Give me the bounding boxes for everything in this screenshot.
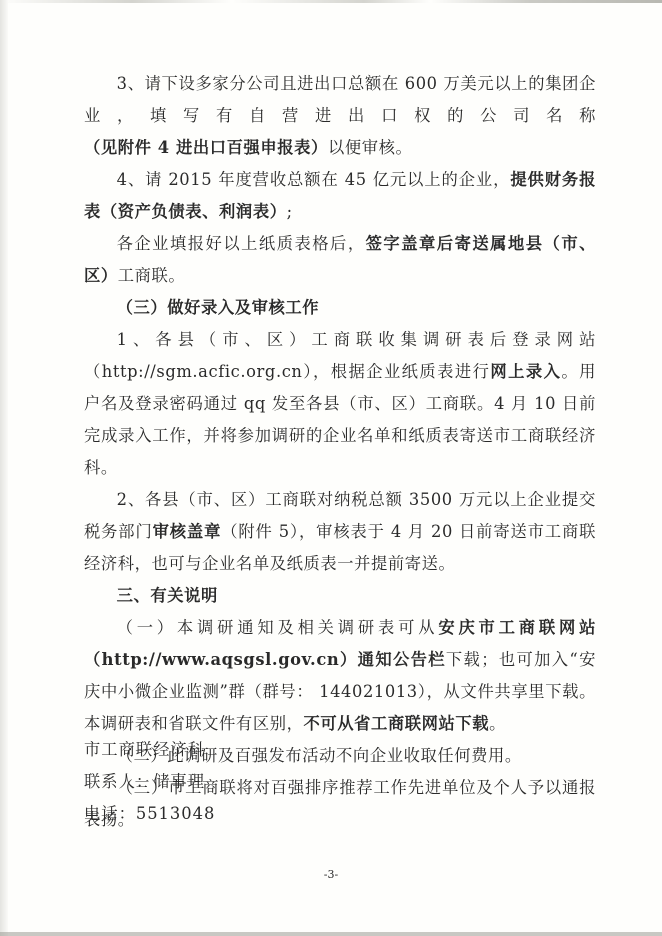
bold-text: 审核盖章	[153, 522, 222, 541]
text: （一）本调研通知及相关调研表可从	[117, 618, 439, 637]
paragraph-submission: 各企业填报好以上纸质表格后，签字盖章后寄送属地县（市、区）工商联。	[84, 228, 596, 292]
note-item-1: （一）本调研通知及相关调研表可从安庆市工商联网站（http://www.aqsg…	[84, 612, 596, 740]
text: 4、请 2015 年度营收总额在 45 亿元以上的企业，	[117, 170, 511, 189]
signature-department: 市工商联经济科	[84, 734, 215, 766]
signature-phone: 电话：5513048	[84, 798, 215, 830]
text: 以便审核。	[328, 138, 412, 157]
bold-text: 网上录入	[490, 362, 561, 381]
text: 各企业填报好以上纸质表格后，	[117, 234, 366, 253]
part-heading-notes: 三、有关说明	[84, 580, 596, 612]
text: 。	[489, 714, 506, 733]
paragraph-item-3: 3、请下设多家分公司且进出口总额在 600 万美元以上的集团企业，填写有自营进出…	[84, 68, 596, 164]
scan-edge-top	[0, 0, 662, 3]
bold-text: 不可从省工商联网站下载	[303, 714, 489, 733]
document-body: 3、请下设多家分公司且进出口总额在 600 万美元以上的集团企业，填写有自营进出…	[84, 68, 596, 836]
page-number: -3-	[0, 868, 662, 881]
signature-block: 市工商联经济科 联系人：储事理 电话：5513048	[84, 734, 215, 830]
bold-text: （见附件 4 进出口百强申报表）	[84, 138, 328, 157]
scanned-page: 3、请下设多家分公司且进出口总额在 600 万美元以上的集团企业，填写有自营进出…	[0, 0, 662, 936]
signature-contact: 联系人：储事理	[84, 766, 215, 798]
text: 工商联。	[118, 266, 186, 285]
scan-edge-left	[0, 0, 8, 936]
section-item-2: 2、各县（市、区）工商联对纳税总额 3500 万元以上企业提交税务部门审核盖章（…	[84, 484, 596, 580]
text: ;	[287, 202, 293, 221]
section-heading-entry-review: （三）做好录入及审核工作	[84, 292, 596, 324]
text: 3、请下设多家分公司且进出口总额在 600 万美元以上的集团企业，填写有自营进出…	[84, 74, 596, 125]
paragraph-item-4: 4、请 2015 年度营收总额在 45 亿元以上的企业，提供财务报表（资产负债表…	[84, 164, 596, 228]
scan-edge-bottom	[0, 932, 662, 936]
section-item-1: 1、各县（市、区）工商联收集调研表后登录网站（http://sgm.acfic.…	[84, 324, 596, 484]
